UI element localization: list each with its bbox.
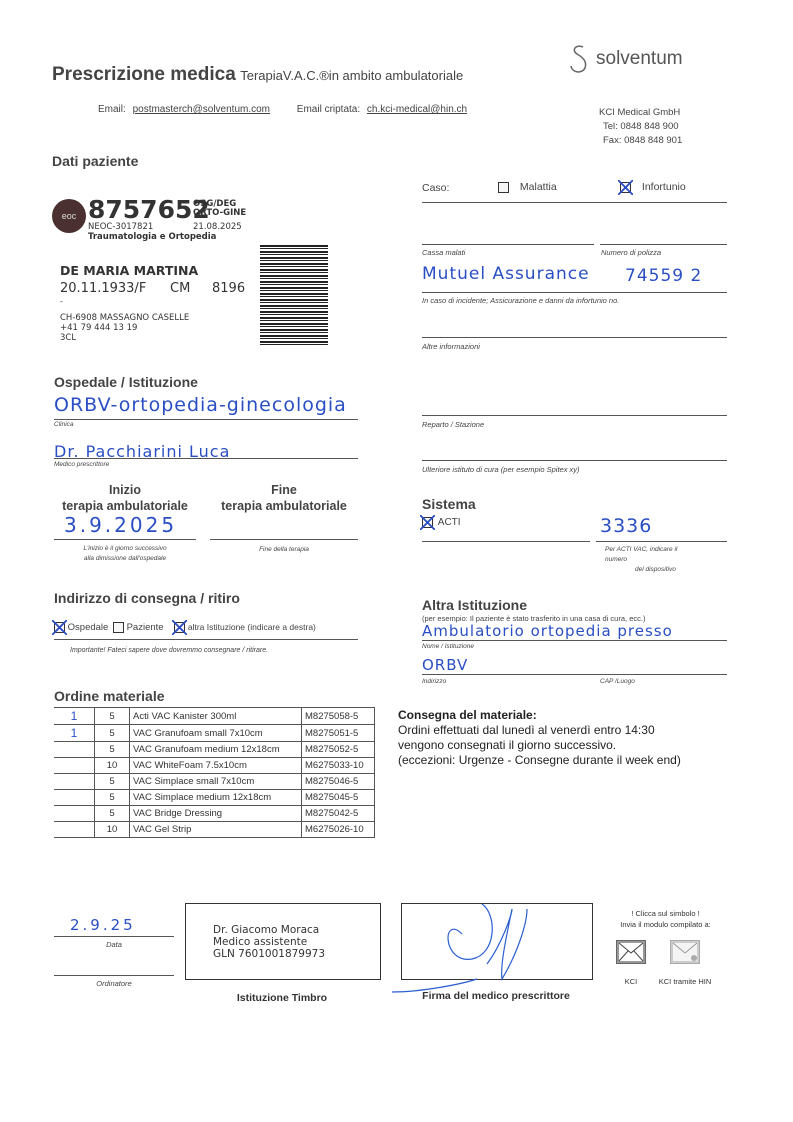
stamp-label: Istituzione Timbro [185,992,379,1004]
policy-number-field[interactable]: 74559 2 [625,266,702,286]
table-row: 5VAC Bridge DressingM8275042-5 [54,806,375,822]
document-title: Prescrizione medica TerapiaV.A.C.®in amb… [52,64,463,86]
patient-class: 3CL [60,333,76,343]
barcode [260,245,328,347]
case-label: Caso: [422,182,449,194]
device-number-field[interactable]: 3336 [600,515,652,537]
date-field[interactable]: 2.9.25 [70,916,136,934]
send-kci-button[interactable]: KCI [615,940,647,986]
title: Prescrizione medica [52,64,236,85]
quantity-field[interactable] [54,822,95,838]
patient-label: eoc 8757652 OSG/DEG ORTO-GINE NEOC-30178… [52,195,362,355]
patient-checkbox[interactable] [113,622,124,633]
product-description: VAC Gel Strip [130,822,302,838]
email-label: Email: [98,104,126,115]
other-institution-name-label: Nome / Istituzione [422,643,474,650]
delivery-info-title: Consegna del materiale: [398,708,681,723]
department: Traumatologia e Ortopedia [88,232,216,242]
pack-size: 5 [95,806,130,822]
email-row: Email: postmasterch@solventum.com Email … [98,104,467,115]
order-section-title: Ordine materiale [54,688,165,704]
product-code: M8275042-5 [302,806,375,822]
product-description: VAC Granufoam medium 12x18cm [130,742,302,758]
product-description: VAC Granufoam small 7x10cm [130,725,302,742]
table-row: 5VAC Granufoam medium 12x18cmM8275052-5 [54,742,375,758]
patient-name: DE MARIA MARTINA [60,263,198,278]
therapy-start-note: L'inizio è il giorno successivo alla dim… [54,544,196,564]
further-care-label: Ulteriore istituto di cura (per esempio … [422,465,580,474]
table-row: 15VAC Granufoam small 7x10cmM8275051-5 [54,725,375,742]
cm-number: 8196 [212,281,245,296]
envelope-lock-icon [670,940,700,964]
other-institution-address-field[interactable]: ORBV [422,656,468,674]
neoc-number: NEOC-3017821 [88,222,153,232]
hospital-checkbox[interactable] [54,622,65,633]
system-option-acti[interactable]: ACTI [422,517,461,528]
product-code: M8275052-5 [302,742,375,758]
table-row: 10VAC Gel StripM6275026-10 [54,822,375,838]
envelope-icon [616,940,646,964]
case-row: Caso: Malattia Infortunio [422,182,727,194]
date-label: Data [54,940,174,949]
other-info-label: Altre informazioni [422,342,480,351]
delivery-option-hospital[interactable]: Ospedale [54,622,108,633]
signature-scribble [402,904,592,999]
case-option-malattia[interactable]: Malattia [498,181,557,193]
delivery-options: Ospedale Paziente altra Istituzione (ind… [54,622,316,633]
orderer-label: Ordinatore [54,979,174,988]
table-row: 10VAC WhiteFoam 7.5x10cmM6275033-10 [54,758,375,774]
quantity-field[interactable] [54,790,95,806]
email-link[interactable]: postmasterch@solventum.com [133,104,270,115]
send-hin-button[interactable]: KCI tramite HIN [655,940,715,986]
case-option-infortunio[interactable]: Infortunio [620,181,686,193]
pack-size: 5 [95,742,130,758]
product-code: M8275045-5 [302,790,375,806]
label-date: 21.08.2025 [193,222,242,232]
company-tel: Tel: 0848 848 900 [599,120,682,134]
signature-label: Firma del medico prescrittore [401,990,591,1002]
product-code: M6275026-10 [302,822,375,838]
therapy-end-title: Fine terapia ambulatoriale [210,482,358,514]
clinic-label: Clinica [54,421,74,428]
quantity-field[interactable]: 1 [54,725,95,742]
table-row: 5VAC Simplace medium 12x18cmM8275045-5 [54,790,375,806]
pack-size: 5 [95,774,130,790]
company-info: KCI Medical GmbH Tel: 0848 848 900 Fax: … [599,106,682,148]
label-dash: - [60,297,63,306]
dob-sex: 20.11.1933/F [60,281,146,296]
patient-phone: +41 79 444 13 19 [60,323,137,333]
delivery-option-other[interactable]: altra Istituzione (indicare a destra) [174,622,316,633]
email-encrypted-link[interactable]: ch.kci-medical@hin.ch [367,104,467,115]
subtitle: TerapiaV.A.C.®in ambito ambulatoriale [240,68,463,83]
therapy-start-title: Inizio terapia ambulatoriale [54,482,196,514]
product-code: M8275058-5 [302,708,375,725]
quantity-field[interactable] [54,774,95,790]
table-row: 15Acti VAC Kanister 300mlM8275058-5 [54,708,375,725]
quantity-field[interactable] [54,742,95,758]
pack-size: 10 [95,758,130,774]
company-fax: Fax: 0848 848 901 [599,134,682,148]
pack-size: 5 [95,725,130,742]
pack-size: 5 [95,708,130,725]
infortunio-checkbox[interactable] [620,182,631,193]
stamp-text: Dr. Giacomo Moraca Medico assistente GLN… [213,924,325,960]
other-institution-title: Altra Istituzione [422,597,527,613]
case-number: 8757652 [88,195,210,224]
cm-label: CM [170,281,190,296]
pack-size: 5 [95,790,130,806]
delivery-note: Importante! Fateci sapere dove dovremmo … [70,647,268,654]
product-code: M8275046-5 [302,774,375,790]
send-note: ! Clicca sul simbolo ! Invia il modulo c… [603,908,728,930]
solventum-logo: solventum [568,44,683,74]
logo-text: solventum [596,48,683,70]
delivery-section-title: Indirizzo di consegna / ritiro [54,590,240,606]
product-description: VAC WhiteFoam 7.5x10cm [130,758,302,774]
accident-note: In caso di incidente; Assicurazione e da… [422,296,619,305]
unit-2: ORTO-GINE [193,208,246,218]
clinic-field[interactable]: ORBV-ortopedia-ginecologia [54,394,347,416]
insurer-field[interactable]: Mutuel Assurance [422,264,590,284]
doctor-label: Medico prescrittore [54,461,109,468]
quantity-field[interactable] [54,806,95,822]
product-description: Acti VAC Kanister 300ml [130,708,302,725]
solventum-logo-icon [568,44,590,74]
signature-box[interactable] [401,903,593,980]
device-note: Per ACTI VAC, indicare il numero del dis… [605,545,677,575]
delivery-option-patient[interactable]: Paziente [113,622,164,633]
table-row: 5VAC Simplace small 7x10cmM8275046-5 [54,774,375,790]
product-code: M8275051-5 [302,725,375,742]
eoc-logo: eoc [52,199,86,233]
institution-stamp-box[interactable]: Dr. Giacomo Moraca Medico assistente GLN… [185,903,381,980]
email-encrypted-label: Email criptata: [297,104,360,115]
insurer-label: Cassa malati [422,248,465,257]
other-institution-name-field[interactable]: Ambulatorio ortopedia presso [422,622,673,640]
company-name: KCI Medical GmbH [599,106,682,120]
delivery-info: Consegna del materiale: Ordini effettuat… [398,708,681,768]
patient-address: CH-6908 MASSAGNO CASELLE [60,313,189,323]
quantity-field[interactable] [54,758,95,774]
product-code: M6275033-10 [302,758,375,774]
product-description: VAC Simplace small 7x10cm [130,774,302,790]
order-table: 15Acti VAC Kanister 300mlM8275058-515VAC… [54,707,375,838]
malattia-checkbox[interactable] [498,182,509,193]
cap-label: CAP /Luogo [600,678,635,685]
policy-label: Numero di polizza [601,248,661,257]
hospital-section-title: Ospedale / Istituzione [54,374,198,390]
other-institution-checkbox[interactable] [174,622,185,633]
pack-size: 10 [95,822,130,838]
patient-section-title: Dati paziente [52,153,138,169]
system-section-title: Sistema [422,496,476,512]
ward-label: Reparto / Stazione [422,420,484,429]
acti-checkbox[interactable] [422,517,433,528]
therapy-end-note: Fine della terapia [210,546,358,553]
address-label: Indirizzo [422,678,446,685]
quantity-field[interactable]: 1 [54,708,95,725]
product-description: VAC Bridge Dressing [130,806,302,822]
therapy-start-field[interactable]: 3.9.2025 [64,513,177,537]
product-description: VAC Simplace medium 12x18cm [130,790,302,806]
